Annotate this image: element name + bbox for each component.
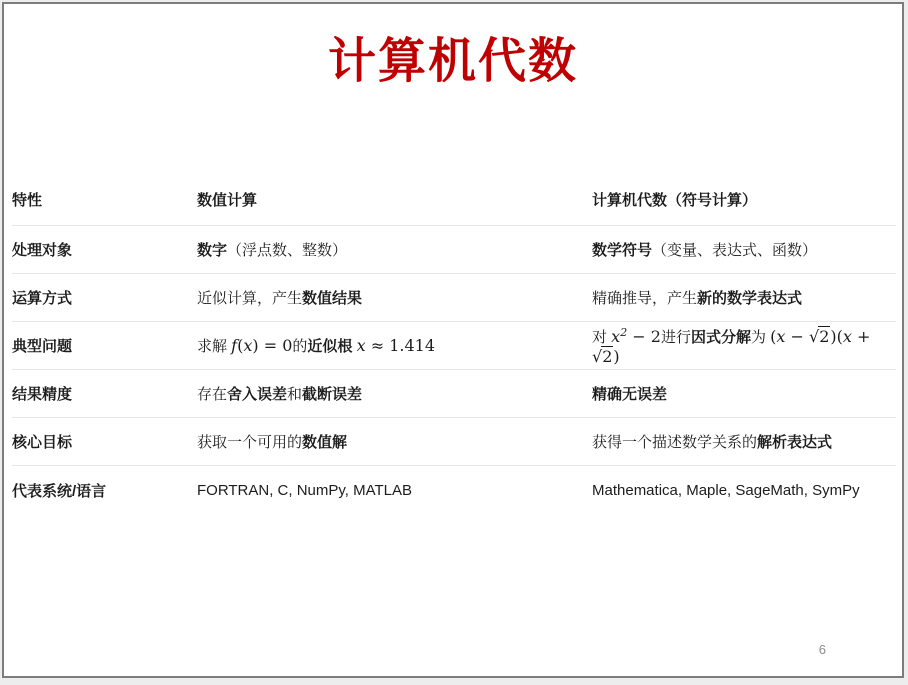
superscript: 2 [620,326,627,339]
text-run: − 2 [627,327,661,346]
text-run: 的 [292,338,307,355]
text-run: 获取一个可用的 [197,434,302,451]
table-row: 代表系统/语言FORTRAN, C, NumPy, MATLABMathemat… [12,466,896,514]
header-symbolic: 计算机代数（符号计算） [592,189,896,210]
text-run: − [785,327,809,346]
text-run: 数值结果 [302,290,362,307]
text-run: 为 [751,329,770,346]
cell-symbolic: 对 x2 − 2进行因式分解为 (x − √2)(x + √2) [592,326,896,366]
cell-numeric: 近似计算，产生数值结果 [197,287,592,308]
cell-feature: 典型问题 [12,335,197,356]
sqrt-expression: √2 [809,327,830,346]
slide: 计算机代数 特性 数值计算 计算机代数（符号计算） 处理对象数字（浮点数、整数）… [2,2,904,678]
text-run: 数值解 [302,434,347,451]
text-run: + [852,327,871,346]
text-run: 和 [287,386,302,403]
text-run: 精确推导，产生 [592,290,697,307]
text-run: 近似根 [307,338,352,355]
table-row: 结果精度存在舍入误差和截断误差精确无误差 [12,370,896,418]
sqrt-expression: √2 [592,347,613,366]
cell-numeric: FORTRAN, C, NumPy, MATLAB [197,482,592,499]
cell-feature: 核心目标 [12,431,197,452]
table-row: 运算方式近似计算，产生数值结果精确推导，产生新的数学表达式 [12,274,896,322]
table-row: 典型问题求解 f(x) = 0的近似根 x ≈ 1.414对 x2 − 2进行因… [12,322,896,370]
text-run: Mathematica, Maple, SageMath, SymPy [592,482,860,499]
radicand: 2 [601,346,613,366]
cell-symbolic: 精确无误差 [592,383,896,404]
text-run: 进行 [661,329,691,346]
cell-symbolic: 数学符号（变量、表达式、函数） [592,239,896,260]
slide-title: 计算机代数 [4,22,902,91]
text-run: 对 [592,329,611,346]
text-run: 因式分解 [691,329,751,346]
cell-numeric: 求解 f(x) = 0的近似根 x ≈ 1.414 [197,335,592,356]
text-run: 数字 [197,242,227,259]
cell-feature: 结果精度 [12,383,197,404]
text-run: 精确无误差 [592,386,667,403]
text-run: （浮点数、整数） [227,242,347,259]
text-run: x2 [611,327,627,346]
cell-numeric: 获取一个可用的数值解 [197,431,592,452]
text-run: ) [613,347,619,366]
header-numeric: 数值计算 [197,189,592,210]
text-run: 求解 [197,338,231,355]
text-run: 舍入误差 [227,386,287,403]
text-run: ) = 0 [252,336,292,355]
table-row: 处理对象数字（浮点数、整数）数学符号（变量、表达式、函数） [12,226,896,274]
table-body: 处理对象数字（浮点数、整数）数学符号（变量、表达式、函数）运算方式近似计算，产生… [12,226,896,514]
cell-feature: 代表系统/语言 [12,480,197,501]
text-run: 近似计算，产生 [197,290,302,307]
radicand: 2 [818,326,830,346]
text-run: （变量、表达式、函数） [652,242,817,259]
comparison-table: 特性 数值计算 计算机代数（符号计算） 处理对象数字（浮点数、整数）数学符号（变… [12,174,896,514]
cell-feature: 运算方式 [12,287,197,308]
text-run: FORTRAN, C, NumPy, MATLAB [197,482,412,499]
cell-symbolic: Mathematica, Maple, SageMath, SymPy [592,482,896,499]
table-header-row: 特性 数值计算 计算机代数（符号计算） [12,174,896,226]
text-run: ≈ 1.414 [366,336,435,355]
text-run: 存在 [197,386,227,403]
cell-numeric: 存在舍入误差和截断误差 [197,383,592,404]
text-run: x [843,327,852,346]
cell-feature: 处理对象 [12,239,197,260]
cell-symbolic: 精确推导，产生新的数学表达式 [592,287,896,308]
text-run: 获得一个描述数学关系的 [592,434,757,451]
text-run: 数学符号 [592,242,652,259]
text-run: 解析表达式 [757,434,832,451]
cell-symbolic: 获得一个描述数学关系的解析表达式 [592,431,896,452]
header-feature: 特性 [12,189,197,210]
table-row: 核心目标获取一个可用的数值解获得一个描述数学关系的解析表达式 [12,418,896,466]
page-number: 6 [819,642,826,657]
text-run: )( [830,327,842,346]
text-run: 截断误差 [302,386,362,403]
text-run: x [357,336,366,355]
cell-numeric: 数字（浮点数、整数） [197,239,592,260]
text-run: 新的数学表达式 [697,290,802,307]
